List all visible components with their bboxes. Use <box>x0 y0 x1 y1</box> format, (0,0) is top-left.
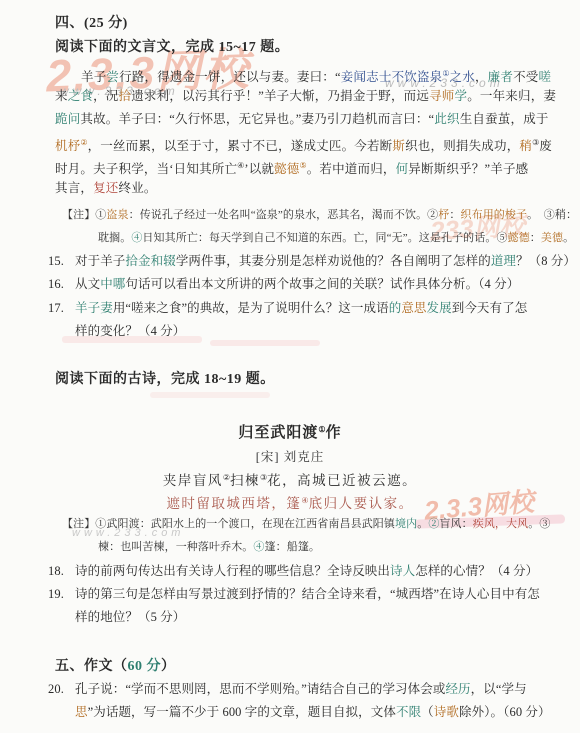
scan-smudge <box>150 392 270 398</box>
poem-verse-2: 遮时留取城西塔，篷④底归人要认家。 <box>0 492 580 513</box>
passage-line: 其言，复还终业。 <box>55 177 556 200</box>
poem-notes: 【注】①武阳渡：武阳水上的一个渡口，在现在江西省南昌县武阳镇境内。②盲风：疾风，… <box>62 513 550 559</box>
section-four-heading: 四、(25 分) <box>55 12 128 32</box>
question-number: 20. <box>48 678 75 701</box>
passage-line: 机杼②，一丝而累，以至于寸，累寸不已，遂成丈匹。今若断斯织也，则捐失成功，稍③废 <box>55 131 556 154</box>
question-18: 18.诗的前两句传达出有关诗人行程的哪些信息？全诗反映出诗人怎样的心情？（4 分… <box>48 560 538 583</box>
poem-verse-1: 夹岸盲风②扫楝③花，高城已近被云遮。 <box>0 469 580 490</box>
poem-intro: 阅读下面的古诗，完成 18~19 题。 <box>55 368 275 388</box>
note-line: 【注】①武阳渡：武阳水上的一个渡口，在现在江西省南昌县武阳镇境内。②盲风：疾风，… <box>62 513 550 536</box>
question-text: 诗的第三句是怎样由写景过渡到抒情的？结合全诗来看，“城西塔”在诗人心目中有怎 <box>75 587 540 601</box>
classical-passage: 羊子尝行路，得遗金一饼，还以与妻。妻曰：“妾闻志士不饮盗泉①之水，廉者不受嗟 来… <box>55 62 556 200</box>
question-text: 诗的前两句传达出有关诗人行程的哪些信息？全诗反映出诗人怎样的心情？（4 分） <box>75 564 538 578</box>
passage-intro: 阅读下面的文言文，完成 15~17 题。 <box>55 36 289 56</box>
poem-title: 归至武阳渡①作 <box>0 421 580 442</box>
question-15: 15.对于羊子拾金和辍学两件事，其妻分别是怎样劝说他的？各自阐明了怎样的道理？（… <box>48 250 576 273</box>
passage-line: 羊子尝行路，得遗金一饼，还以与妻。妻曰：“妾闻志士不饮盗泉①之水，廉者不受嗟 <box>55 62 556 85</box>
passage-line: 来之食，况拾遗求利，以污其行乎！”羊子大惭，乃捐金于野，而远寻师学。一年来归，妻 <box>55 85 556 108</box>
note-line: 耽搁。④日知其所亡：每天学到自己不知道的东西。亡，同“无”。这是孔子的话。⑤懿德… <box>62 227 577 250</box>
question-17: 17.羊子妻用“嗟来之食”的典故，是为了说明什么？这一成语的意思发展到今天有了怎… <box>48 297 527 343</box>
question-number: 15. <box>48 250 75 273</box>
question-text: 对于羊子拾金和辍学两件事，其妻分别是怎样劝说他的？各自阐明了怎样的道理？（8 分… <box>75 254 576 268</box>
question-number: 18. <box>48 560 75 583</box>
exam-paper-page: 2.3.3网校 www.233.com www.233.com 233网校 2.… <box>0 0 580 733</box>
question-text: 思”为话题，写一篇不少于 600 字的文章，题目自拟，文体不限（诗歌除外）。（6… <box>48 701 551 724</box>
passage-line: 时月。夫子积学，当‘日知其所亡④’以就懿德⑤。若中道而归，何异断斯织乎？”羊子感 <box>55 154 556 177</box>
passage-line: 跪问其故。羊子曰：“久行怀思，无它异也。”妻乃引刀趋机而言曰：“此织生自蚕茧，成… <box>55 108 556 131</box>
question-number: 19. <box>48 583 75 606</box>
question-text: 样的变化？（4 分） <box>48 320 527 343</box>
question-text: 孔子说：“学而不思则罔，思而不学则殆。”请结合自己的学习体会或经历，以“学与 <box>75 682 527 696</box>
question-text: 羊子妻用“嗟来之食”的典故，是为了说明什么？这一成语的意思发展到今天有了怎 <box>75 301 527 315</box>
section-five-heading: 五、作文（60 分） <box>55 655 176 675</box>
question-20: 20.孔子说：“学而不思则罔，思而不学则殆。”请结合自己的学习体会或经历，以“学… <box>48 678 551 724</box>
note-line: 【注】①盗泉：传说孔子经过一处名叫“盗泉”的泉水，恶其名，渴而不饮。②杼：织布用… <box>62 204 577 227</box>
question-text: 从文中哪句话可以看出本文所讲的两个故事之间的关联？试作具体分析。（4 分） <box>75 277 519 291</box>
passage-notes: 【注】①盗泉：传说孔子经过一处名叫“盗泉”的泉水，恶其名，渴而不饮。②杼：织布用… <box>62 204 577 250</box>
question-16: 16.从文中哪句话可以看出本文所讲的两个故事之间的关联？试作具体分析。（4 分） <box>48 273 519 296</box>
question-number: 17. <box>48 297 75 320</box>
poem-author: [宋] 刘克庄 <box>0 447 580 466</box>
question-number: 16. <box>48 273 75 296</box>
question-text: 样的地位？（5 分） <box>48 606 540 629</box>
note-line: 楝：也叫苦楝，一种落叶乔木。④篷：船篷。 <box>62 536 550 559</box>
question-19: 19.诗的第三句是怎样由写景过渡到抒情的？结合全诗来看，“城西塔”在诗人心目中有… <box>48 583 540 629</box>
